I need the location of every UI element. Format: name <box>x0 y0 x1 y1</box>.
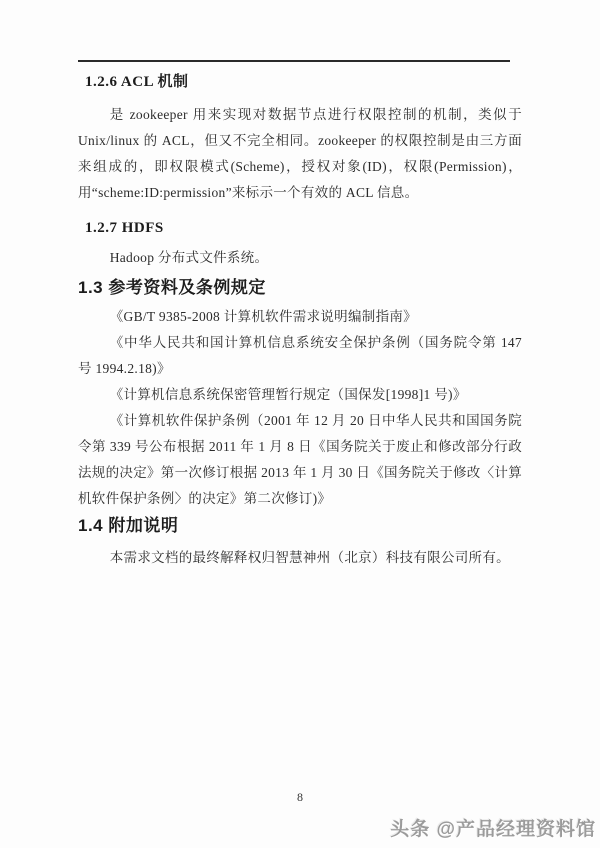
paragraph-acl-mechanism: 是 zookeeper 用来实现对数据节点进行权限控制的机制，类似于 Unix/… <box>78 102 522 206</box>
reference-item: 《计算机软件保护条例（2001 年 12 月 20 日中华人民共和国国务院令第 … <box>78 408 522 512</box>
reference-list: 《GB/T 9385-2008 计算机软件需求说明编制指南》 《中华人民共和国计… <box>78 304 522 512</box>
document-content: 1.2.6 ACL 机制 是 zookeeper 用来实现对数据节点进行权限控制… <box>78 0 522 571</box>
section-heading-1-3: 1.3 参考资料及条例规定 <box>78 276 522 300</box>
reference-item: 《计算机信息系统保密管理暂行规定（国保发[1998]1 号)》 <box>78 382 522 408</box>
section-heading-1-4: 1.4 附加说明 <box>78 514 522 538</box>
reference-item: 《中华人民共和国计算机信息系统安全保护条例（国务院令第 147 号 1994.2… <box>78 330 522 382</box>
section-heading-1-2-7: 1.2.7 HDFS <box>78 218 522 238</box>
document-page: 1.2.6 ACL 机制 是 zookeeper 用来实现对数据节点进行权限控制… <box>0 0 600 848</box>
section-heading-1-2-6: 1.2.6 ACL 机制 <box>78 72 522 92</box>
page-number: 8 <box>0 790 600 805</box>
paragraph-hdfs: Hadoop 分布式文件系统。 <box>78 245 522 271</box>
paragraph-additional-note: 本需求文档的最终解释权归智慧神州（北京）科技有限公司所有。 <box>78 545 522 571</box>
reference-item: 《GB/T 9385-2008 计算机软件需求说明编制指南》 <box>78 304 522 330</box>
watermark-text: 头条 @产品经理资料馆 <box>390 814 596 841</box>
